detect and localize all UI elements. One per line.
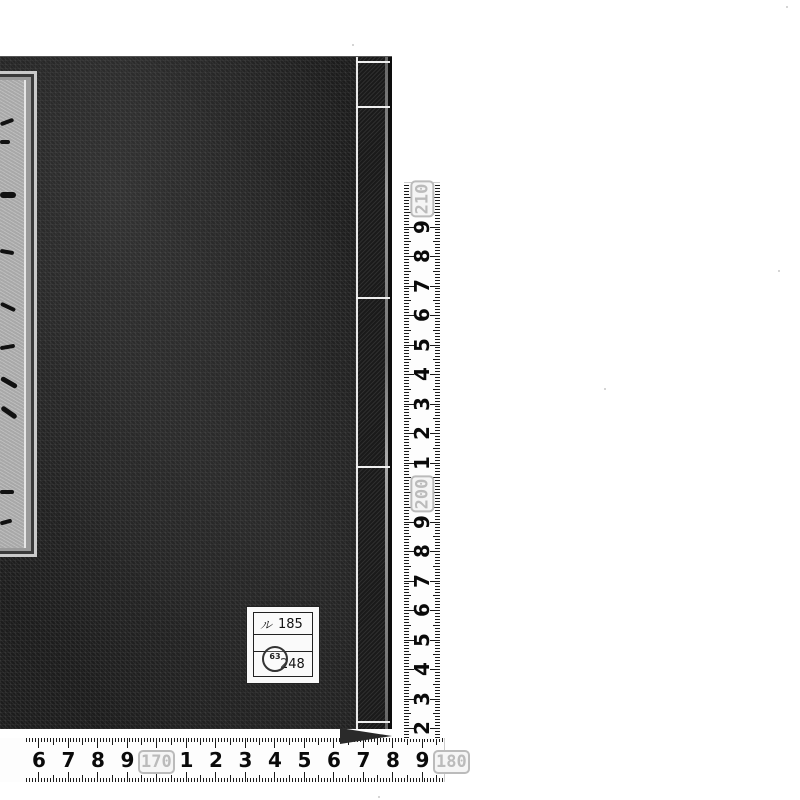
ruler-tick [153,778,154,782]
ruler-tick [206,778,207,782]
ruler-tick [374,778,375,782]
ruler-tick [295,738,296,742]
ruler-tick [404,347,409,348]
ruler-label: 9 [412,515,432,529]
ruler-tick [404,616,409,617]
ruler-tick [304,738,305,748]
ruler-tick [186,772,187,782]
ruler-tick [177,738,178,742]
ruler-tick [404,224,409,225]
ruler-tick [435,318,440,319]
ruler-tick [435,489,440,490]
ruler-tick [435,445,440,446]
ruler-tick [435,377,440,378]
binding-thread [356,466,390,468]
ruler-tick [435,474,440,475]
ruler-tick [44,738,45,742]
ruler-label: 4 [412,367,432,381]
ruler-label: 9 [416,750,430,770]
ruler-tick [435,734,440,735]
ruler-tick [435,563,440,564]
ruler-tick [70,738,71,742]
ruler-tick [435,250,440,251]
ruler-tick [404,483,409,484]
ruler-tick [200,738,201,745]
ruler-tick [435,693,440,694]
ruler-tick [435,291,440,292]
ruler-tick [62,778,63,782]
calligraphy-stroke [0,249,14,255]
ruler-tick [404,406,409,407]
ruler-tick [407,738,408,745]
ruler-tick [76,778,77,782]
ruler-tick [250,778,251,782]
ruler-tick [383,778,384,782]
ruler-tick [404,380,409,381]
ruler-tick [435,533,440,534]
ruler-tick [404,716,409,717]
ruler-tick [435,312,440,313]
ruler-tick [427,778,428,782]
ruler-tick [127,738,128,748]
ruler-tick [103,738,104,742]
ruler-tick [363,772,364,782]
ruler-tick [336,738,337,742]
ruler-tick [435,232,440,233]
ruler-tick [435,221,440,222]
ruler-tick [129,778,130,782]
ruler-tick [109,778,110,782]
ruler-tick [127,772,128,782]
ruler-tick [97,772,98,782]
ruler-tick [435,731,440,732]
ruler-tick [435,442,440,443]
ruler-tick [435,707,440,708]
ruler-tick [324,778,325,782]
ruler-tick [124,778,125,782]
ruler-tick [88,778,89,782]
ruler-label: 8 [91,750,105,770]
ruler-tick [274,772,275,782]
ruler-tick [115,738,116,742]
ruler-tick [268,738,269,742]
ruler-tick [435,238,440,239]
ruler-tick [407,775,408,782]
ruler-tick [404,288,409,289]
ruler-tick [404,657,409,658]
ruler-tick [404,678,409,679]
ruler-tick [365,778,366,782]
ruler-tick [230,738,231,745]
calligraphy-stroke [0,376,18,389]
ruler-tick [94,778,95,782]
ruler-tick [404,221,409,222]
ruler-tick [62,738,63,742]
ruler-tick [404,648,409,649]
vertical-scale-ruler: 21098765432120098765432 [404,182,440,739]
ruler-tick [85,738,86,742]
ruler-tick [435,368,440,369]
ruler-tick [186,738,187,748]
ruler-tick [404,324,409,325]
ruler-label: 180 [433,750,470,774]
ruler-tick [180,738,181,742]
ruler-tick [442,778,443,782]
ruler-tick [435,604,440,605]
ruler-tick [59,778,60,782]
ruler-tick [271,738,272,742]
ruler-tick [404,778,405,782]
ruler-tick [404,350,409,351]
ruler-tick [439,778,440,782]
ruler-tick [404,253,409,254]
ruler-tick [404,339,409,340]
ruler-tick [404,395,409,396]
ruler-tick [191,778,192,782]
ruler-tick [404,330,411,331]
ruler-tick [404,336,409,337]
ruler-tick [360,778,361,782]
ruler-tick [433,654,440,655]
ruler-tick [197,778,198,782]
ruler-tick [404,362,409,363]
ruler-tick [404,188,409,189]
ruler-tick [404,651,409,652]
ruler-tick [304,772,305,782]
ruler-tick [233,738,234,742]
ruler-tick [65,778,66,782]
ruler-tick [53,775,54,782]
ruler-label: 9 [412,220,432,234]
ruler-tick [404,642,409,643]
ruler-tick [435,619,440,620]
calligraphy-stroke [0,490,14,494]
ruler-tick [289,775,290,782]
ruler-tick [245,738,246,748]
ruler-tick [404,371,409,372]
calligraphy-stroke [0,344,15,351]
ruler-tick [435,265,440,266]
ruler-tick [245,772,246,782]
ruler-tick [50,738,51,742]
ruler-tick [404,486,409,487]
ruler-tick [404,474,409,475]
ruler-tick [262,738,263,742]
ruler-tick [404,489,409,490]
ruler-tick [435,696,440,697]
ruler-tick [141,775,142,782]
ruler-tick [162,778,163,782]
ruler-tick [404,383,409,384]
ruler-tick [398,738,399,742]
ruler-tick [91,778,92,782]
ruler-tick [197,738,198,742]
ruler-tick [129,738,130,742]
ruler-tick [404,681,409,682]
ruler-tick [221,778,222,782]
ruler-label: 5 [412,633,432,647]
ruler-tick [76,738,77,742]
ruler-tick [435,583,440,584]
ruler-tick [435,704,440,705]
ruler-tick [404,713,411,714]
calligraphy-stroke [0,302,16,312]
ruler-tick [215,738,216,748]
ruler-tick [315,738,316,742]
ruler-tick [150,738,151,742]
ruler-tick [147,738,148,742]
ruler-tick [435,495,440,496]
calligraphy-stroke [0,405,18,419]
ruler-tick [38,772,39,782]
ruler-tick [435,347,440,348]
ruler-tick [306,738,307,742]
ruler-tick [404,601,409,602]
ruler-tick [35,738,36,742]
calligraphy-stroke [0,192,16,198]
ruler-tick [218,738,219,742]
ruler-tick [206,738,207,742]
ruler-tick [168,778,169,782]
ruler-tick [404,622,409,623]
ruler-tick [330,778,331,782]
ruler-tick [435,516,440,517]
ruler-tick [435,642,440,643]
ruler-tick [435,333,440,334]
ruler-tick [435,468,440,469]
ruler-tick [404,707,409,708]
ruler-tick [218,778,219,782]
ruler-tick [404,634,409,635]
ruler-tick [435,657,440,658]
ruler-tick [404,566,411,567]
ruler-tick [124,738,125,742]
ruler-tick [404,333,409,334]
ruler-tick [435,188,440,189]
ruler-tick [121,778,122,782]
ruler-tick [404,209,409,210]
ruler-tick [354,778,355,782]
ruler-label: 8 [412,249,432,263]
ruler-tick [404,468,409,469]
ruler-tick [392,772,393,782]
ruler-tick [404,637,409,638]
ruler-tick [404,421,409,422]
ruler-tick [191,738,192,742]
ruler-tick [435,483,440,484]
ruler-tick [435,631,440,632]
scan-speck [378,796,380,798]
ruler-tick [435,409,440,410]
ruler-label: 9 [121,750,135,770]
ruler-tick [404,268,409,269]
ruler-tick [404,398,409,399]
ruler-tick [435,634,440,635]
ruler-tick [404,731,409,732]
ruler-tick [435,701,440,702]
ruler-tick [435,280,440,281]
ruler-tick [435,690,440,691]
ruler-tick [404,539,409,540]
ruler-tick [132,778,133,782]
ruler-tick [435,294,440,295]
ruler-tick [112,775,113,782]
ruler-tick [227,738,228,742]
ruler-tick [70,778,71,782]
ruler-tick [435,524,440,525]
ruler-tick [188,738,189,742]
ruler-tick [404,510,409,511]
ruler-tick [404,604,409,605]
ruler-tick [404,625,411,626]
ruler-tick [26,778,27,782]
ruler-tick [435,457,440,458]
ruler-tick [435,436,440,437]
ruler-tick [435,586,440,587]
ruler-tick [180,778,181,782]
ruler-label: 7 [412,279,432,293]
ruler-tick [404,235,409,236]
ruler-tick [435,471,440,472]
ruler-tick [433,625,440,626]
ruler-tick [200,775,201,782]
title-slip-paper [0,80,26,548]
ruler-tick [404,401,409,402]
ruler-tick [94,738,95,742]
ruler-tick [35,778,36,782]
ruler-tick [404,693,409,694]
ruler-tick [435,530,440,531]
ruler-tick [404,418,411,419]
ruler-tick [435,545,440,546]
ruler-tick [404,631,409,632]
ruler-tick [242,738,243,742]
ruler-tick [435,430,440,431]
ruler-tick [404,191,409,192]
ruler-tick [404,572,409,573]
ruler-tick [221,738,222,742]
ruler-tick [435,737,440,738]
ruler-tick [435,327,440,328]
ruler-tick [68,738,69,748]
ruler-tick [435,601,440,602]
scan-speck [786,6,788,8]
ruler-label: 8 [386,750,400,770]
ruler-tick [404,501,409,502]
ruler-tick [435,460,440,461]
ruler-label: 3 [412,397,432,411]
ruler-tick [404,687,409,688]
ruler-tick [404,675,409,676]
ruler-tick [404,696,409,697]
scan-speck [352,44,354,46]
ruler-tick [256,738,257,742]
calligraphy-stroke [0,140,10,144]
ruler-tick [395,738,396,742]
ruler-tick [47,738,48,742]
ruler-tick [435,622,440,623]
ruler-tick [100,738,101,742]
ruler-tick [395,778,396,782]
ruler-tick [435,486,440,487]
ruler-tick [277,778,278,782]
ruler-tick [435,386,440,387]
ruler-tick [286,738,287,742]
ruler-tick [404,241,411,242]
ruler-tick [26,738,27,742]
ruler-tick [156,738,157,748]
ruler-tick [435,501,440,502]
ruler-tick [436,738,437,745]
ruler-tick [436,775,437,782]
ruler-tick [435,454,440,455]
ruler-tick [404,542,409,543]
ruler-tick [404,480,409,481]
ruler-tick [404,232,409,233]
ruler-tick [321,738,322,742]
ruler-tick [312,778,313,782]
ruler-tick [215,772,216,782]
horizontal-scale-ruler: 6789170123456789180 [0,738,445,782]
ruler-tick [41,738,42,742]
ruler-tick [404,321,409,322]
ruler-tick [435,687,440,688]
ruler-tick [435,191,440,192]
ruler-tick [404,215,409,216]
ruler-tick [422,772,423,782]
ruler-tick [435,510,440,511]
call-number-row: 63 248 [253,651,313,677]
ruler-tick [404,465,409,466]
ruler-tick [250,738,251,742]
ruler-tick [404,575,409,576]
ruler-tick [435,645,440,646]
ruler-tick [401,778,402,782]
ruler-tick [435,395,440,396]
ruler-tick [59,738,60,742]
ruler-tick [274,738,275,748]
ruler-tick [404,200,409,201]
ruler-tick [404,533,409,534]
ruler-label: 1 [180,750,194,770]
ruler-tick [404,392,409,393]
ruler-tick [435,303,440,304]
ruler-tick [194,778,195,782]
ruler-tick [435,268,440,269]
ruler-tick [79,738,80,742]
ruler-tick [435,356,440,357]
ruler-tick [433,448,440,449]
ruler-tick [115,778,116,782]
ruler-tick [404,592,409,593]
ruler-tick [404,271,411,272]
ruler-tick [283,738,284,742]
ruler-tick [422,738,423,748]
ruler-tick [404,353,409,354]
ruler-tick [435,592,440,593]
ruler-tick [333,772,334,782]
ruler-tick [435,306,440,307]
ruler-tick [32,778,33,782]
scan-speck [604,388,606,390]
ruler-tick [224,778,225,782]
ruler-tick [351,778,352,782]
ruler-tick [404,557,409,558]
ruler-label: 8 [412,544,432,558]
ruler-tick [256,778,257,782]
ruler-tick [386,778,387,782]
ruler-tick [404,409,409,410]
